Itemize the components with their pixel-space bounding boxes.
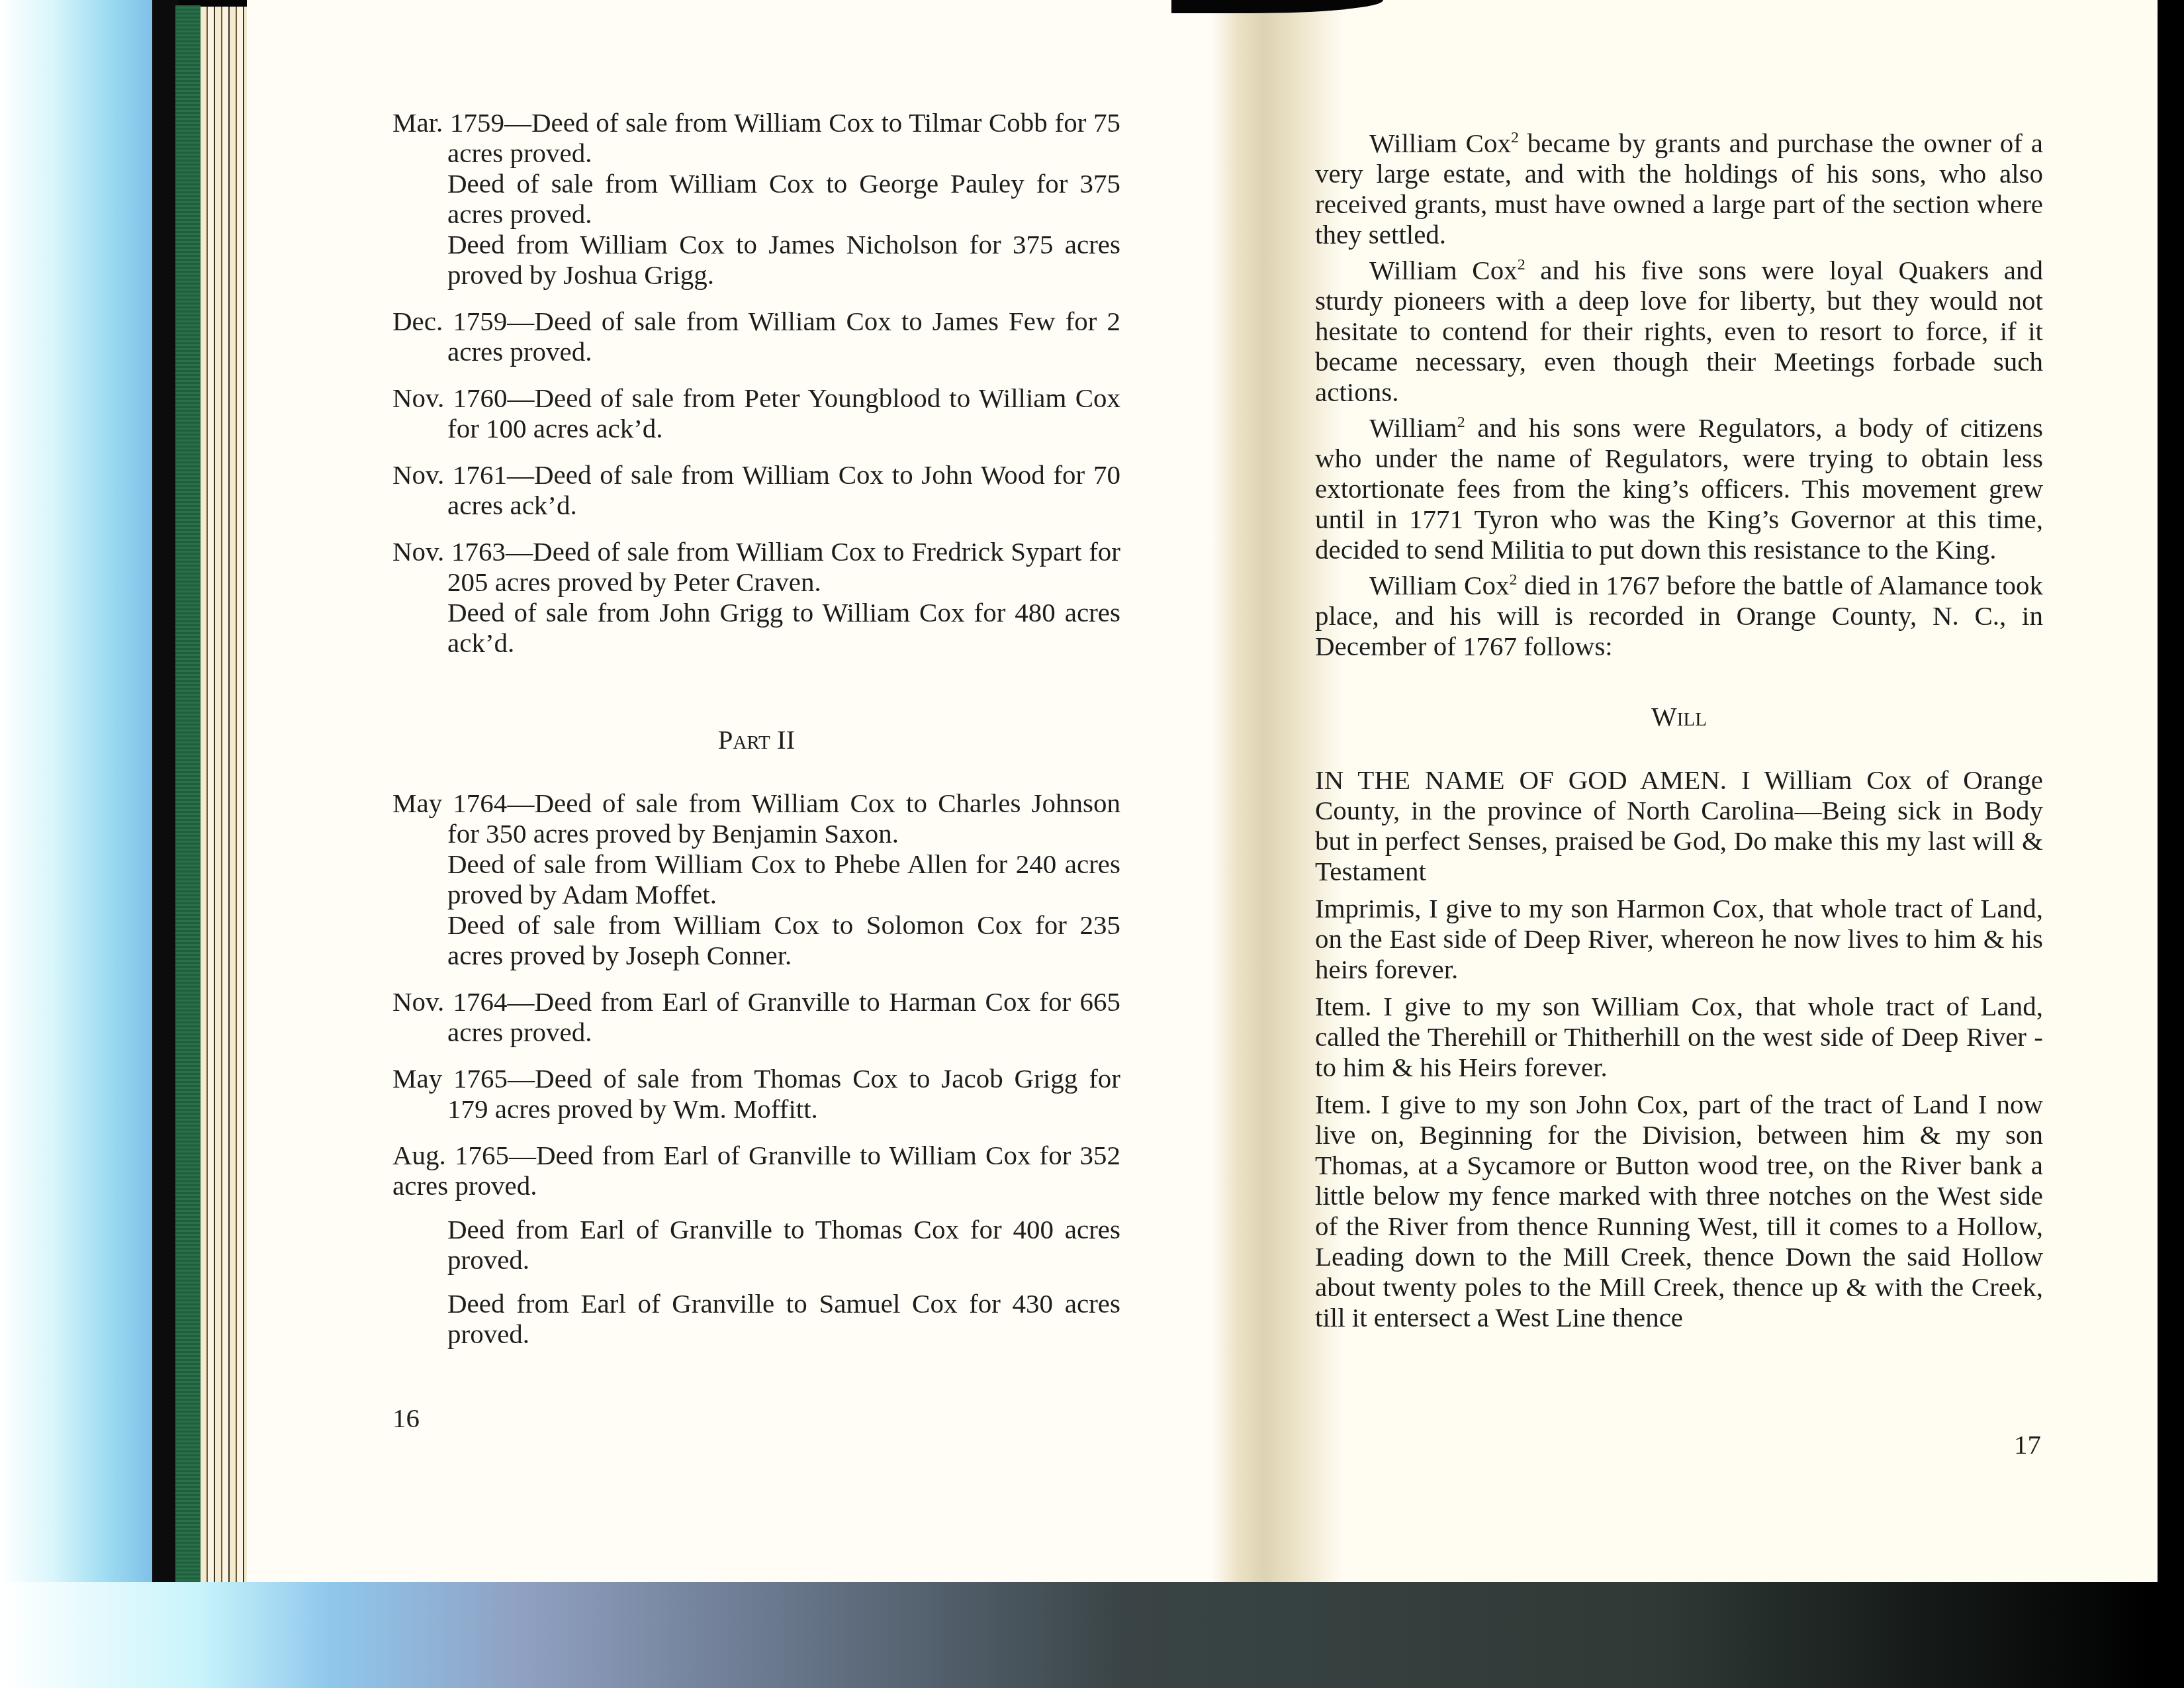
will-paragraph: IN THE NAME OF GOD AMEN. I William Cox o… (1315, 765, 2043, 886)
paragraph: William Cox2 and his five sons were loya… (1315, 255, 2043, 407)
deed-entry: Dec. 1759—Deed of sale from William Cox … (392, 306, 1120, 367)
generation-superscript: 2 (1518, 256, 1525, 273)
will-paragraph: Imprimis, I give to my son Harmon Cox, t… (1315, 893, 2043, 984)
entry-line: Deed from Earl of Granville to Thomas Co… (392, 1214, 1120, 1275)
entry-line: Deed from Earl of Granville to Samuel Co… (392, 1288, 1120, 1349)
entry-date: Aug. 1765 (392, 1140, 509, 1170)
entry-line: Deed of sale from William Cox to Charles… (447, 788, 1120, 849)
section-heading: Will (1315, 701, 2043, 731)
deed-entry: May 1764—Deed of sale from William Cox t… (392, 788, 1120, 970)
entry-line: Deed of sale from Thomas Cox to Jacob Gr… (447, 1063, 1120, 1124)
entry-date: Dec. 1759 (392, 306, 507, 336)
entry-line: Deed of sale from John Grigg to William … (447, 597, 1120, 658)
name-lead: William Cox (1369, 128, 1511, 158)
name-lead: William (1369, 412, 1457, 443)
entry-date: Nov. 1761 (392, 459, 507, 490)
paragraph: William Cox2 became by grants and purcha… (1315, 128, 2043, 250)
deed-entry: Aug. 1765—Deed from Earl of Granville to… (392, 1140, 1120, 1349)
page-number-left: 16 (392, 1402, 420, 1434)
entry-date: May 1765 (392, 1063, 508, 1094)
background-right (2159, 0, 2184, 1688)
name-lead: William Cox (1369, 570, 1509, 600)
entry-line: Deed of sale from William Cox to Phebe A… (447, 849, 1120, 910)
entry-line: Deed of sale from William Cox to George … (447, 168, 1120, 229)
entry-line: Deed of sale from William Cox to Tilmar … (447, 107, 1120, 168)
background-bottom (0, 1582, 2184, 1688)
entry-line: Deed of sale from William Cox to John Wo… (447, 459, 1120, 520)
deed-entry: Mar. 1759—Deed of sale from William Cox … (392, 107, 1120, 290)
name-lead: William Cox (1369, 255, 1518, 285)
will-paragraph: Item. I give to my son John Cox, part of… (1315, 1089, 2043, 1333)
entry-line: Deed from William Cox to James Nicholson… (447, 229, 1120, 290)
deed-entry: Nov. 1760—Deed of sale from Peter Youngb… (392, 383, 1120, 444)
generation-superscript: 2 (1457, 414, 1465, 431)
entry-date: Nov. 1763 (392, 536, 506, 567)
entry-line: Deed of sale from William Cox to James F… (447, 306, 1120, 367)
green-cloth-binding (175, 5, 201, 1587)
entry-line: Deed from Earl of Granville to Harman Co… (447, 986, 1120, 1047)
paragraph: William2 and his sons were Regulators, a… (1315, 412, 2043, 565)
book-cover-edge (152, 0, 179, 1589)
deed-entry: Nov. 1763—Deed of sale from William Cox … (392, 536, 1120, 658)
section-heading: Part II (392, 724, 1120, 755)
deed-entry: May 1765—Deed of sale from Thomas Cox to… (392, 1063, 1120, 1124)
deed-entry: Nov. 1764—Deed from Earl of Granville to… (392, 986, 1120, 1047)
generation-superscript: 2 (1509, 571, 1517, 588)
will-paragraph: Item. I give to my son William Cox, that… (1315, 991, 2043, 1082)
entry-line: Deed of sale from William Cox to Fredric… (447, 536, 1120, 597)
page-number-right: 17 (2014, 1429, 2041, 1460)
entry-date: Mar. 1759 (392, 107, 504, 138)
entry-date: Nov. 1764 (392, 986, 508, 1017)
paragraph: William Cox2 died in 1767 before the bat… (1315, 570, 2043, 661)
entry-date: Nov. 1760 (392, 383, 507, 413)
left-page-text: Mar. 1759—Deed of sale from William Cox … (392, 107, 1120, 1365)
entry-line: Deed of sale from William Cox to Solomon… (447, 910, 1120, 970)
right-page-text: William Cox2 became by grants and purcha… (1315, 128, 2043, 1339)
deed-entry: Nov. 1761—Deed of sale from William Cox … (392, 459, 1120, 520)
entry-line: Deed of sale from Peter Youngblood to Wi… (447, 383, 1120, 444)
generation-superscript: 2 (1511, 129, 1519, 146)
page-edges (201, 7, 247, 1585)
entry-date: May 1764 (392, 788, 507, 818)
